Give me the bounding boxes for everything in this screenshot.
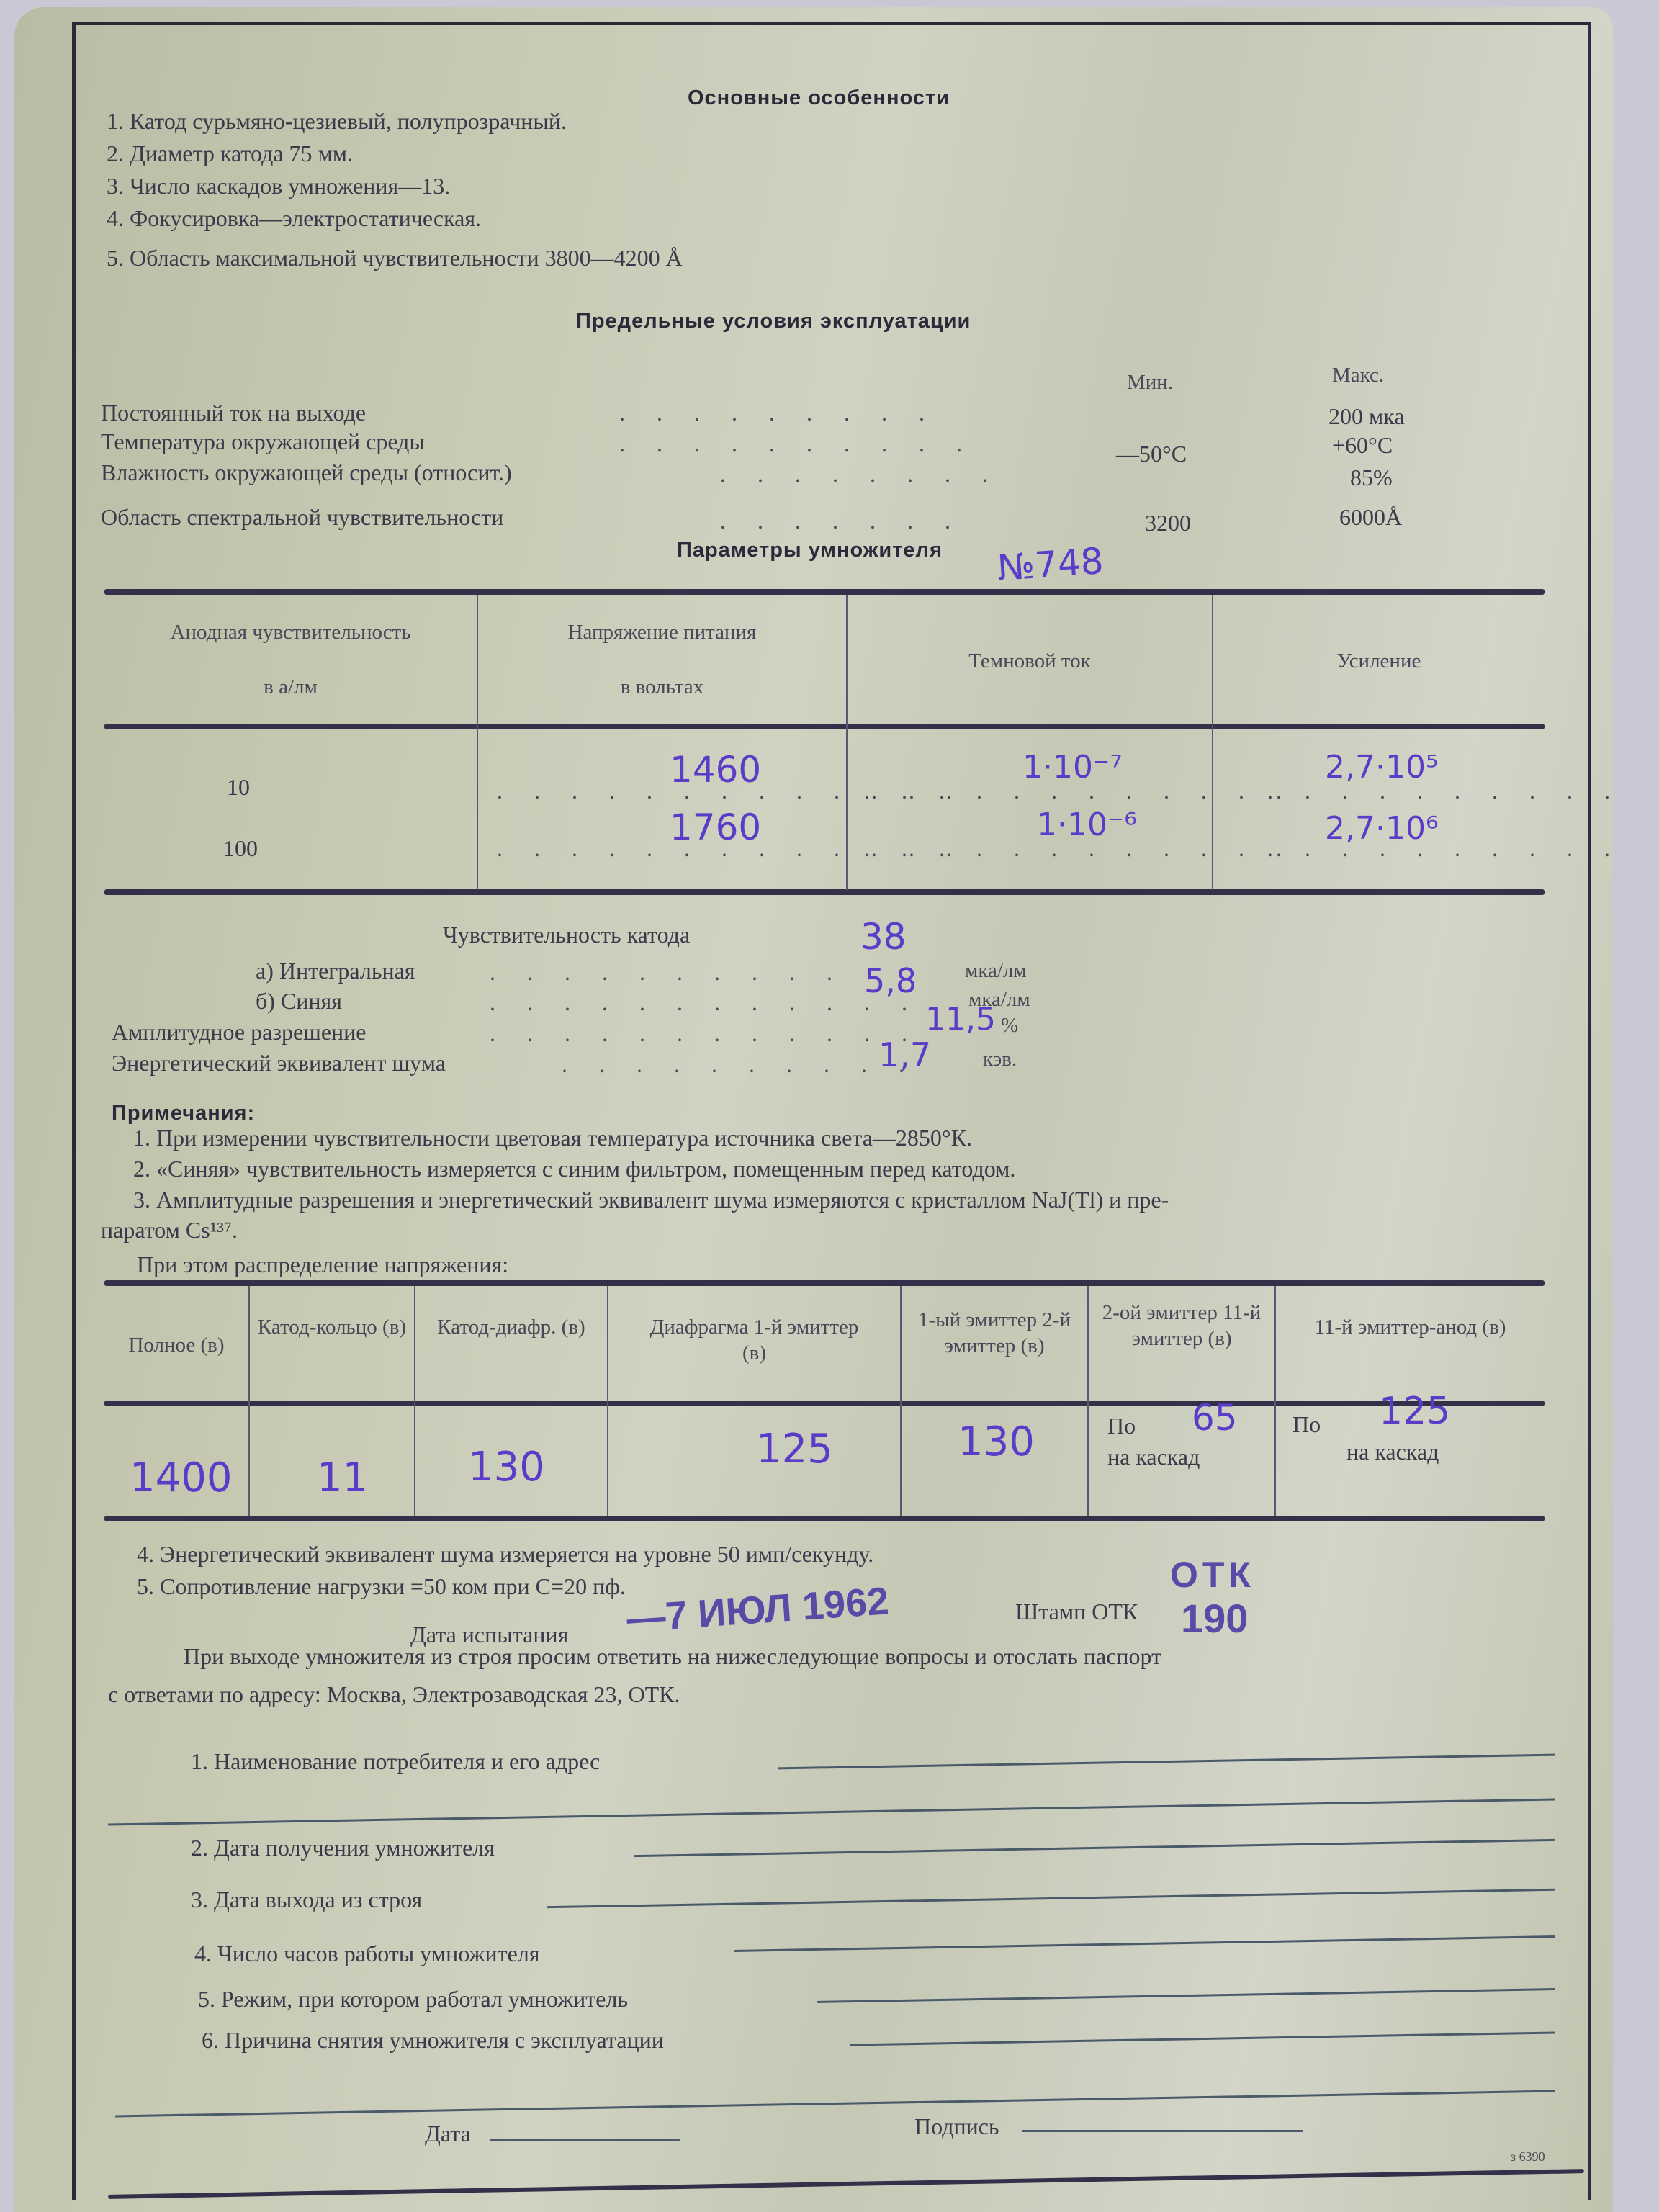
vtable-rule-bottom	[104, 1516, 1545, 1521]
limit-label: Влажность окружающей среды (относит.)	[101, 459, 512, 486]
note-item: паратом Cs¹³⁷.	[101, 1217, 238, 1244]
cathode-label: Амплитудное разрешение	[112, 1019, 366, 1046]
dark-current-value: 1·10⁻⁶	[1037, 806, 1137, 843]
signature-input-line[interactable]	[1022, 2130, 1303, 2132]
vtable-rule-top	[104, 1280, 1545, 1286]
dark-current-value: 1·10⁻⁷	[1022, 749, 1123, 786]
leader-dots: . . . . . . . . . . . .	[490, 1020, 920, 1047]
distribution-label: При этом распределение напряжения:	[137, 1251, 508, 1278]
date-label: Дата	[425, 2121, 471, 2147]
print-code: з 6390	[1511, 2149, 1545, 2164]
features-title: Основные особенности	[688, 86, 950, 110]
vtable-header: Катод-кольцо (в)	[250, 1314, 414, 1340]
feature-item: 2. Диаметр катода 75 мм.	[107, 140, 353, 167]
vtable-header: 11-й эмиттер-анод (в)	[1276, 1314, 1545, 1340]
unit: %	[1001, 1014, 1018, 1038]
question-label: 5. Режим, при котором работал умножитель	[198, 1986, 628, 2013]
emitter1-emitter2-value: 130	[958, 1419, 1035, 1465]
params-header-voltage: Напряжение питания в вольтах	[478, 619, 846, 700]
params-header-gain: Усиление	[1213, 648, 1545, 674]
unit: мка/лм	[968, 988, 1030, 1012]
limit-label: Температура окружающей среды	[101, 428, 425, 455]
voltage-value: 1760	[670, 806, 761, 848]
otk-stamp-label: Штамп ОТК	[1015, 1599, 1138, 1625]
limit-max: 200 мка	[1328, 403, 1405, 430]
note-item: 2. «Синяя» чувствительность измеряется с…	[133, 1156, 1015, 1182]
cathode-integral-value: 38	[860, 916, 907, 958]
feature-item: 4. Фокусировка—электростатическая.	[107, 205, 481, 232]
leader-dots: . . . . . . .	[720, 508, 963, 534]
page-frame	[72, 22, 1591, 2200]
vtable-header: Диафрагма 1-й эмиттер (в)	[608, 1314, 900, 1366]
emitter11-anode-value: 125	[1379, 1390, 1450, 1433]
date-input-line[interactable]	[490, 2139, 680, 2141]
question-label: 4. Число часов работы умножителя	[194, 1941, 540, 1967]
limit-min: —50°С	[1116, 441, 1187, 467]
note-item: 5. Сопротивление нагрузки =50 ком при С=…	[137, 1573, 626, 1600]
vtable-header: 2-ой эмиттер 11-й эмиттер (в)	[1089, 1300, 1274, 1352]
limits-col-max: Макс.	[1332, 364, 1384, 387]
question-label: 3. Дата выхода из строя	[191, 1887, 422, 1913]
unit: мка/лм	[965, 959, 1027, 983]
note-item: 3. Амплитудные разрешения и энергетическ…	[133, 1187, 1169, 1213]
params-header-dark-current: Темновой ток	[848, 648, 1212, 674]
limit-min: 3200	[1145, 510, 1191, 536]
per-cascade-prefix: По	[1292, 1411, 1321, 1438]
signature-label: Подпись	[914, 2113, 999, 2140]
feature-item: 3. Число каскадов умножения—13.	[107, 173, 450, 199]
limits-title: Предельные условия эксплуатации	[576, 310, 971, 333]
diaphragm-emitter-value: 125	[756, 1426, 833, 1473]
leader-dots: . . . . . . . . . .	[1267, 778, 1623, 804]
vtable-rule-mid	[104, 1401, 1545, 1406]
vtable-header: Катод-диафр. (в)	[415, 1314, 607, 1340]
limit-label: Постоянный ток на выходе	[101, 400, 366, 426]
table-rule-top	[104, 589, 1545, 595]
gain-value: 2,7·10⁵	[1325, 749, 1439, 786]
limit-max: 6000Å	[1339, 504, 1402, 531]
per-cascade-suffix: на каскад	[1107, 1444, 1200, 1470]
params-title: Параметры умножителя	[677, 539, 943, 562]
feature-item: 5. Область максимальной чувствительности…	[107, 245, 683, 271]
leader-dots: . . . . . . . . . .	[562, 1051, 917, 1078]
limit-max: +60°С	[1332, 432, 1393, 459]
leader-dots: . . . . . . . . . .	[619, 431, 975, 457]
note-item: 1. При измерении чувствительности цветов…	[133, 1125, 972, 1151]
cathode-diaphragm-value: 130	[468, 1444, 545, 1491]
cathode-label: б) Синяя	[256, 988, 342, 1015]
cathode-title: Чувствительность катода	[443, 922, 690, 948]
feature-item: 1. Катод сурьмяно-цезиевый, полупрозрачн…	[107, 108, 567, 135]
leader-dots: . . . . . . . . .	[619, 400, 938, 426]
cathode-blue-value: 5,8	[864, 961, 917, 1000]
leader-dots: . . . . . . . . . .	[1267, 835, 1623, 862]
params-header-sensitivity: Анодная чувствительность в а/лм	[104, 619, 477, 700]
otk-stamp-number: 190	[1181, 1595, 1248, 1642]
cathode-label: Энергетический эквивалент шума	[112, 1050, 446, 1076]
leader-dots: . . . . . . . .	[720, 461, 1001, 487]
cathode-label: а) Интегральная	[256, 958, 415, 984]
serial-number: №748	[996, 540, 1105, 589]
question-label: 1. Наименование потребителя и его адрес	[191, 1748, 600, 1775]
per-cascade-prefix: По	[1107, 1413, 1136, 1439]
emitter2-emitter11-value: 65	[1192, 1397, 1238, 1439]
leader-dots: . . . . . . . . . . . .	[490, 989, 920, 1016]
total-voltage-value: 1400	[130, 1455, 233, 1501]
request-text: с ответами по адресу: Москва, Электрозав…	[108, 1681, 680, 1708]
noise-equivalent-value: 1,7	[878, 1035, 931, 1074]
limit-max: 85%	[1350, 464, 1393, 491]
vtable-header: Полное (в)	[104, 1332, 248, 1358]
cathode-ring-value: 11	[317, 1455, 368, 1501]
sens-value: 10	[227, 774, 250, 801]
question-label: 2. Дата получения умножителя	[191, 1835, 495, 1861]
per-cascade-suffix: на каскад	[1346, 1439, 1439, 1465]
gain-value: 2,7·10⁶	[1325, 810, 1439, 847]
voltage-value: 1460	[670, 749, 761, 791]
notes-title: Примечания:	[112, 1102, 255, 1125]
sens-value: 100	[223, 835, 258, 862]
leader-dots: . . . . . . . . . .	[490, 959, 845, 986]
note-item: 4. Энергетический эквивалент шума измеря…	[137, 1541, 873, 1568]
limit-label: Область спектральной чувствительности	[101, 504, 503, 531]
unit: кэв.	[983, 1048, 1017, 1071]
vtable-header: 1-ый эмиттер 2-й эмиттер (в)	[902, 1307, 1087, 1359]
otk-stamp-top: ОТК	[1170, 1554, 1255, 1596]
table-rule-bottom	[104, 889, 1545, 895]
request-text: При выходе умножителя из строя просим от…	[184, 1643, 1161, 1670]
table-rule-mid	[104, 724, 1545, 729]
question-label: 6. Причина снятия умножителя с эксплуата…	[202, 2027, 664, 2054]
limits-col-min: Мин.	[1127, 371, 1173, 395]
